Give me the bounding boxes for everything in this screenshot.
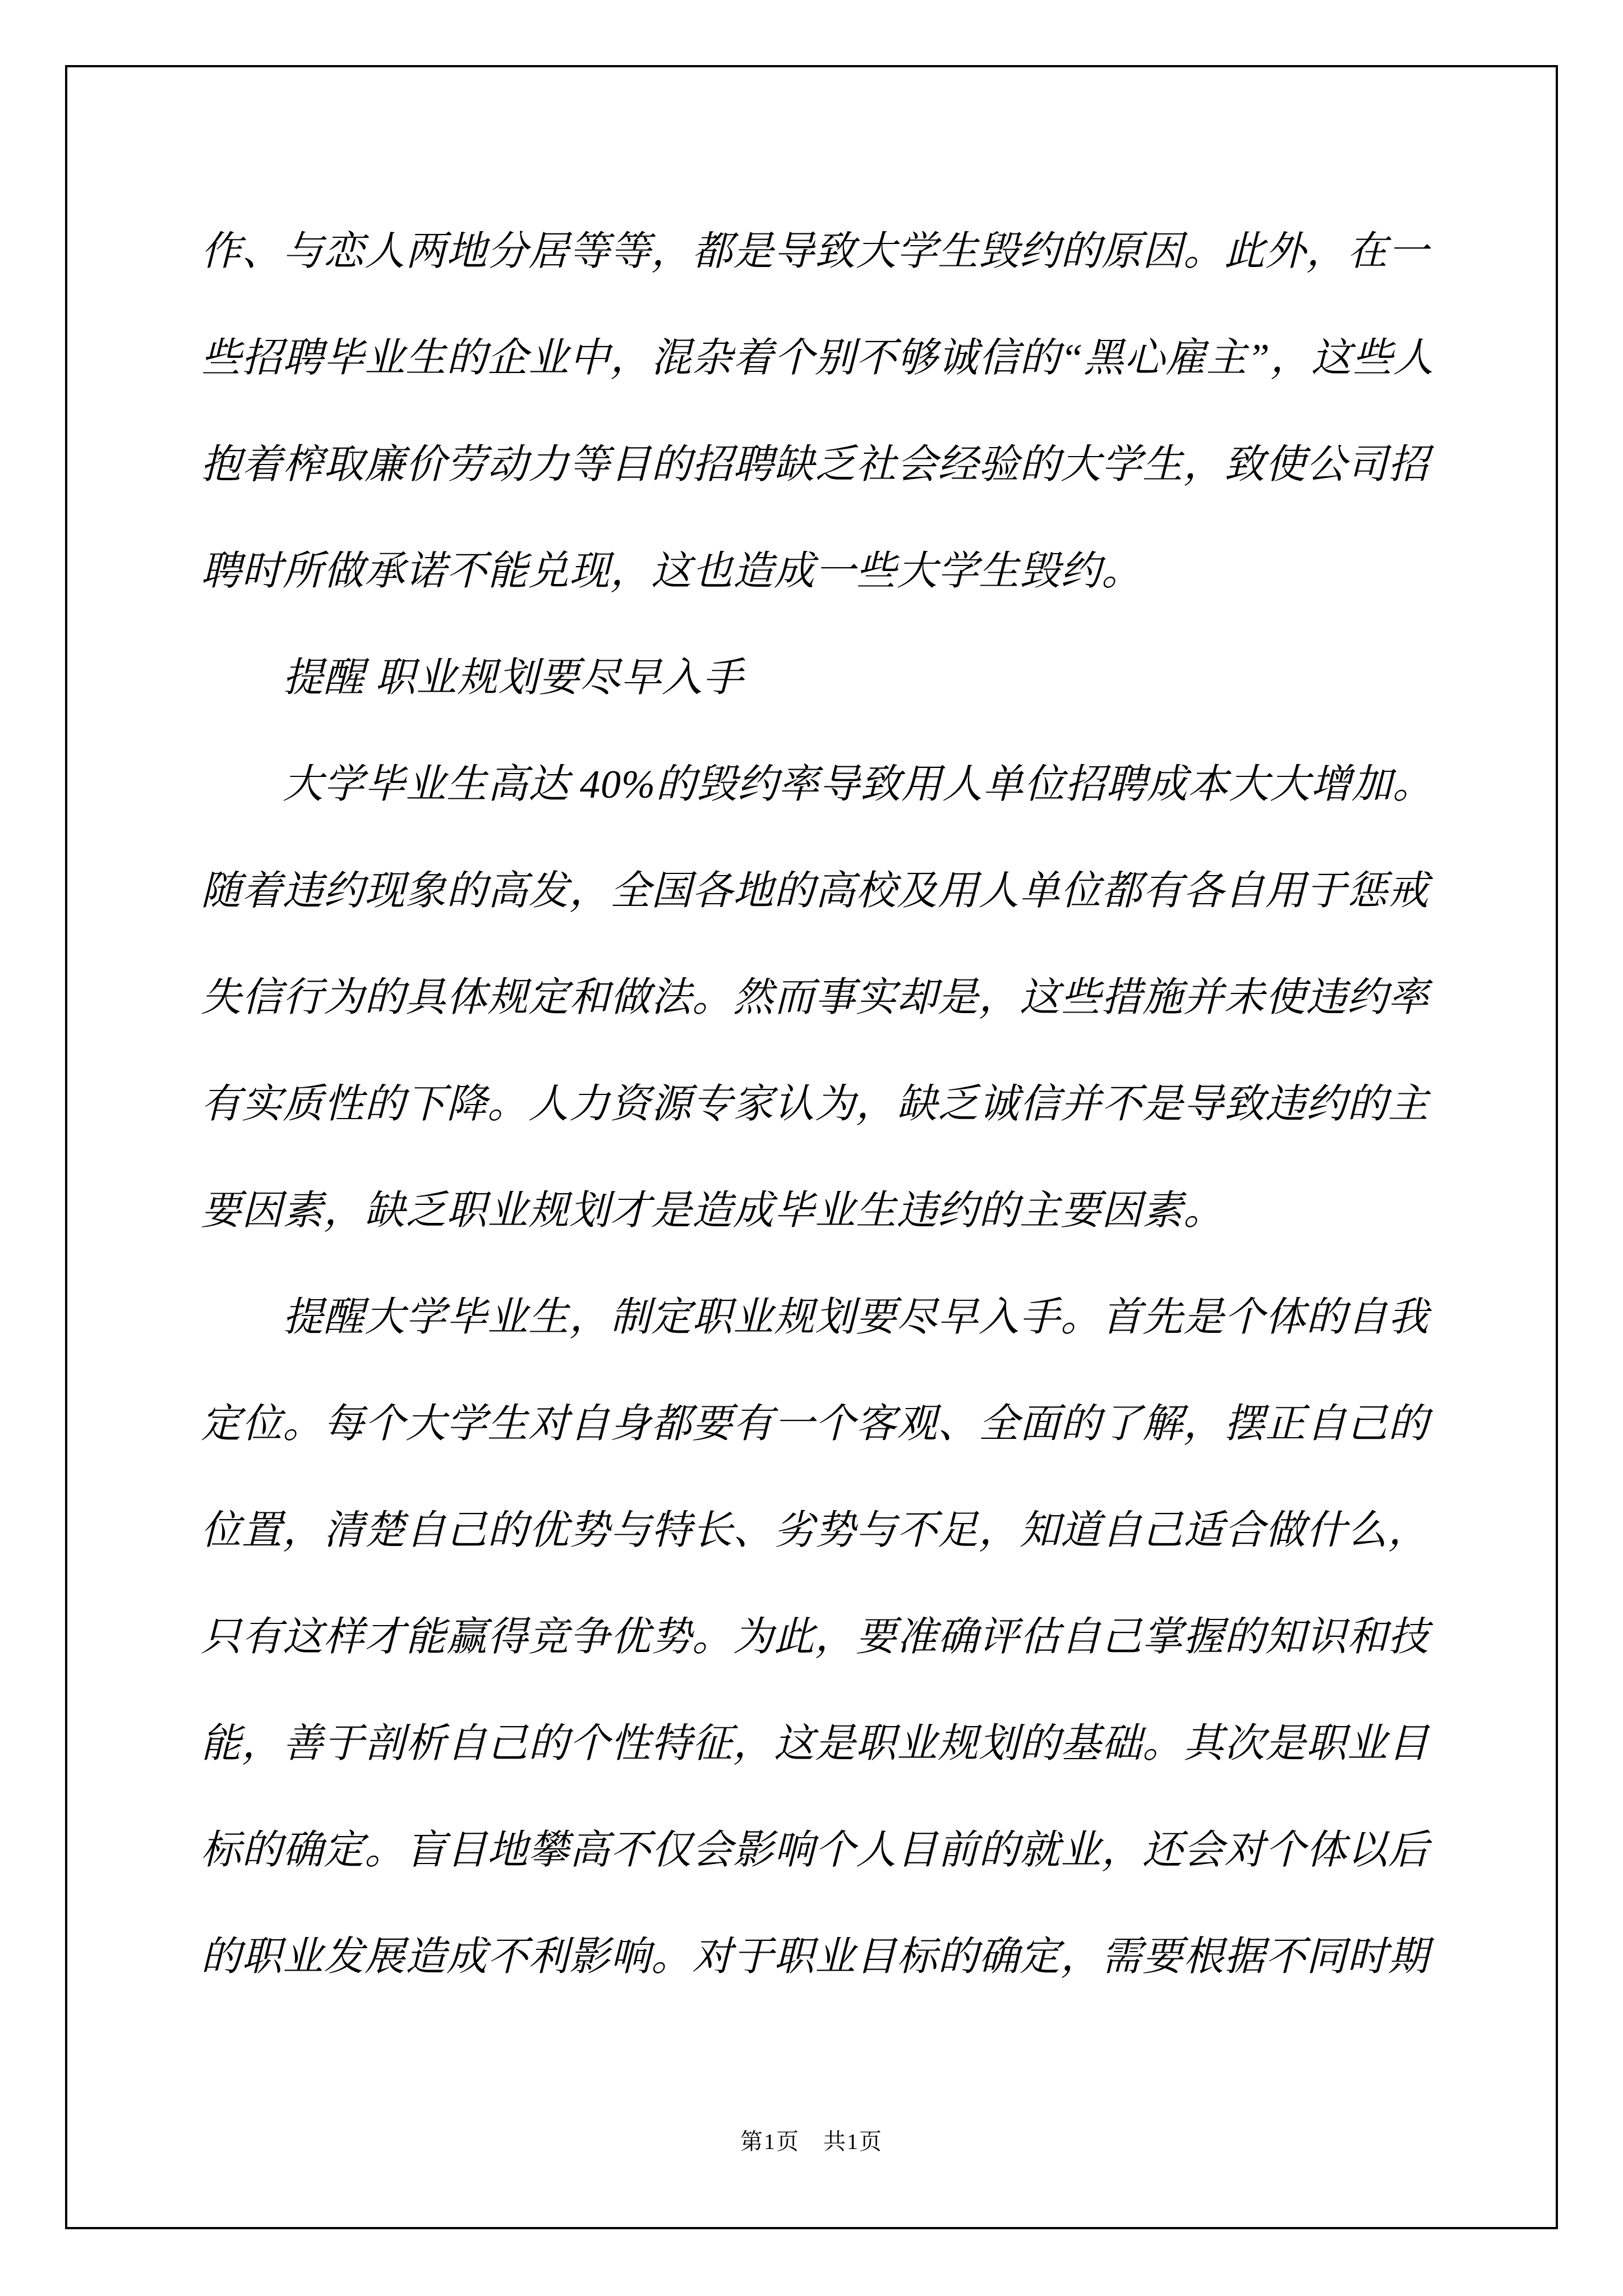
body-text-line: 聘时所做承诺不能兑现，这也造成一些大学生毁约。 [201,518,1430,624]
page-footer: 第1页 共1页 [0,2125,1623,2159]
body-text-line: 失信行为的具体规定和做法。然而事实却是，这些措施并未使违约率 [201,944,1430,1051]
body-text-line: 只有这样才能赢得竞争优势。为此，要准确评估自己掌握的知识和技 [201,1584,1430,1690]
body-text-line: 要因素，缺乏职业规划才是造成毕业生违约的主要因素。 [201,1157,1430,1264]
body-text-line: 能，善于剖析自己的个性特征，这是职业规划的基础。其次是职业目 [201,1690,1430,1797]
body-text-line: 提醒大学毕业生，制定职业规划要尽早入手。首先是个体的自我 [201,1264,1430,1370]
body-text-line: 定位。每个大学生对自身都要有一个客观、全面的了解，摆正自己的 [201,1370,1430,1477]
body-text-line: 有实质性的下降。人力资源专家认为，缺乏诚信并不是导致违约的主 [201,1051,1430,1157]
body-text-block: 作、与恋人两地分居等等，都是导致大学生毁约的原因。此外，在一 些招聘毕业生的企业… [201,198,1430,2010]
body-text-line: 提醒 职业规划要尽早入手 [201,624,1430,731]
body-text-line: 随着违约现象的高发，全国各地的高校及用人单位都有各自用于惩戒 [201,838,1430,944]
body-text-line: 的职业发展造成不利影响。对于职业目标的确定，需要根据不同时期 [201,1903,1430,2010]
document-page: 作、与恋人两地分居等等，都是导致大学生毁约的原因。此外，在一 些招聘毕业生的企业… [0,0,1623,2296]
body-text-line: 抱着榨取廉价劳动力等目的招聘缺乏社会经验的大学生，致使公司招 [201,411,1430,518]
body-text-line: 标的确定。盲目地攀高不仅会影响个人目前的就业，还会对个体以后 [201,1797,1430,1903]
body-text-line: 位置，清楚自己的优势与特长、劣势与不足，知道自己适合做什么， [201,1477,1430,1584]
body-text-line: 些招聘毕业生的企业中，混杂着个别不够诚信的“黑心雇主”，这些人 [201,305,1430,411]
body-text-line: 作、与恋人两地分居等等，都是导致大学生毁约的原因。此外，在一 [201,198,1430,305]
body-text-line: 大学毕业生高达 40%的毁约率导致用人单位招聘成本大大增加。 [201,731,1430,838]
